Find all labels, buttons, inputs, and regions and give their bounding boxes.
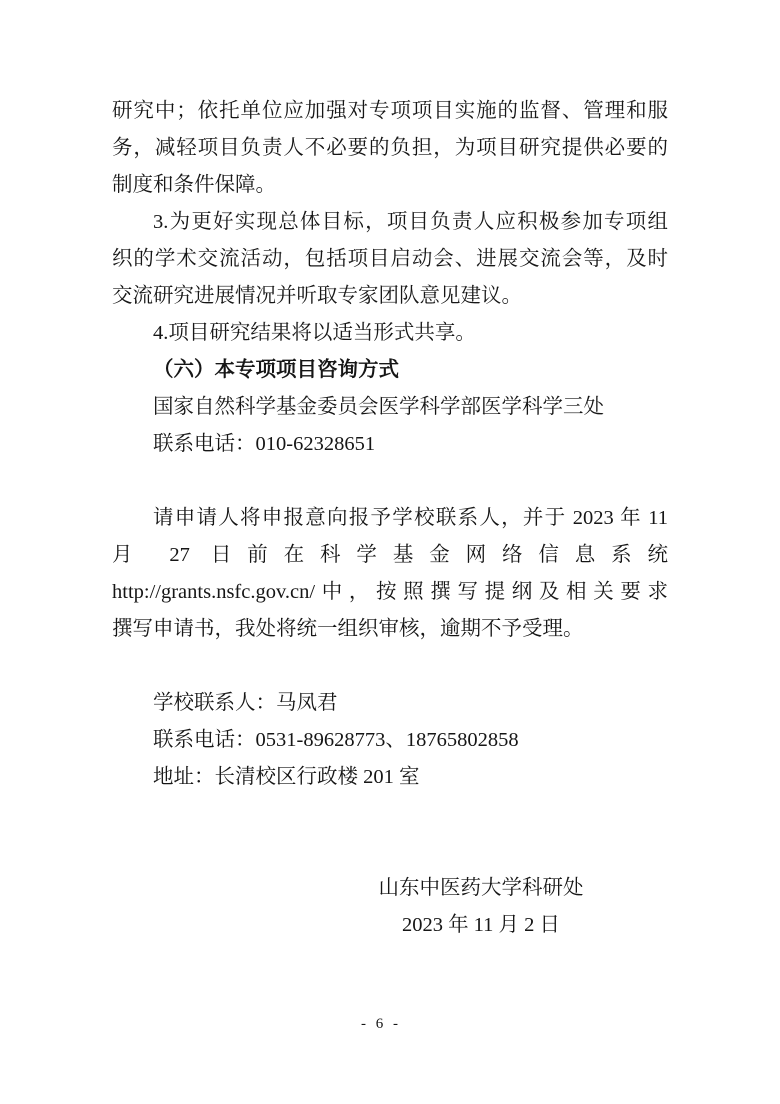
signature-line: 山东中医药大学科研处 <box>294 870 668 907</box>
blank-line <box>112 796 668 833</box>
document-line: 研究中；依托单位应加强对专项项目实施的监督、管理和服 <box>112 93 668 130</box>
document-line: （六）本专项项目咨询方式 <box>112 352 668 389</box>
document-line: http://grants.nsfc.gov.cn/中，按照撰写提纲及相关要求 <box>112 574 668 611</box>
document-line: 国家自然科学基金委员会医学科学部医学科学三处 <box>112 389 668 426</box>
document-line: 联系电话：010-62328651 <box>112 426 668 463</box>
document-line: 交流研究进展情况并听取专家团队意见建议。 <box>112 278 668 315</box>
document-content: 研究中；依托单位应加强对专项项目实施的监督、管理和服务，减轻项目负责人不必要的负… <box>112 93 668 944</box>
document-line: 制度和条件保障。 <box>112 167 668 204</box>
blank-line <box>112 463 668 500</box>
document-line: 学校联系人：马凤君 <box>112 685 668 722</box>
page-number: - 6 - <box>0 1016 762 1033</box>
document-line: 织的学术交流活动，包括项目启动会、进展交流会等，及时 <box>112 241 668 278</box>
document-line: 撰写申请书，我处将统一组织审核，逾期不予受理。 <box>112 611 668 648</box>
document-line: 联系电话：0531-89628773、18765802858 <box>112 722 668 759</box>
document-line: 请申请人将申报意向报予学校联系人，并于 2023 年 11 <box>112 500 668 537</box>
blank-line <box>112 833 668 870</box>
document-page: 研究中；依托单位应加强对专项项目实施的监督、管理和服务，减轻项目负责人不必要的负… <box>0 0 780 1104</box>
document-line: 月 27 日前在科学基金网络信息系统 <box>112 537 668 574</box>
blank-line <box>112 648 668 685</box>
signature-line: 2023 年 11 月 2 日 <box>294 907 668 944</box>
document-line: 4.项目研究结果将以适当形式共享。 <box>112 315 668 352</box>
document-line: 务，减轻项目负责人不必要的负担，为项目研究提供必要的 <box>112 130 668 167</box>
document-line: 3.为更好实现总体目标，项目负责人应积极参加专项组 <box>112 204 668 241</box>
document-line: 地址：长清校区行政楼 201 室 <box>112 759 668 796</box>
